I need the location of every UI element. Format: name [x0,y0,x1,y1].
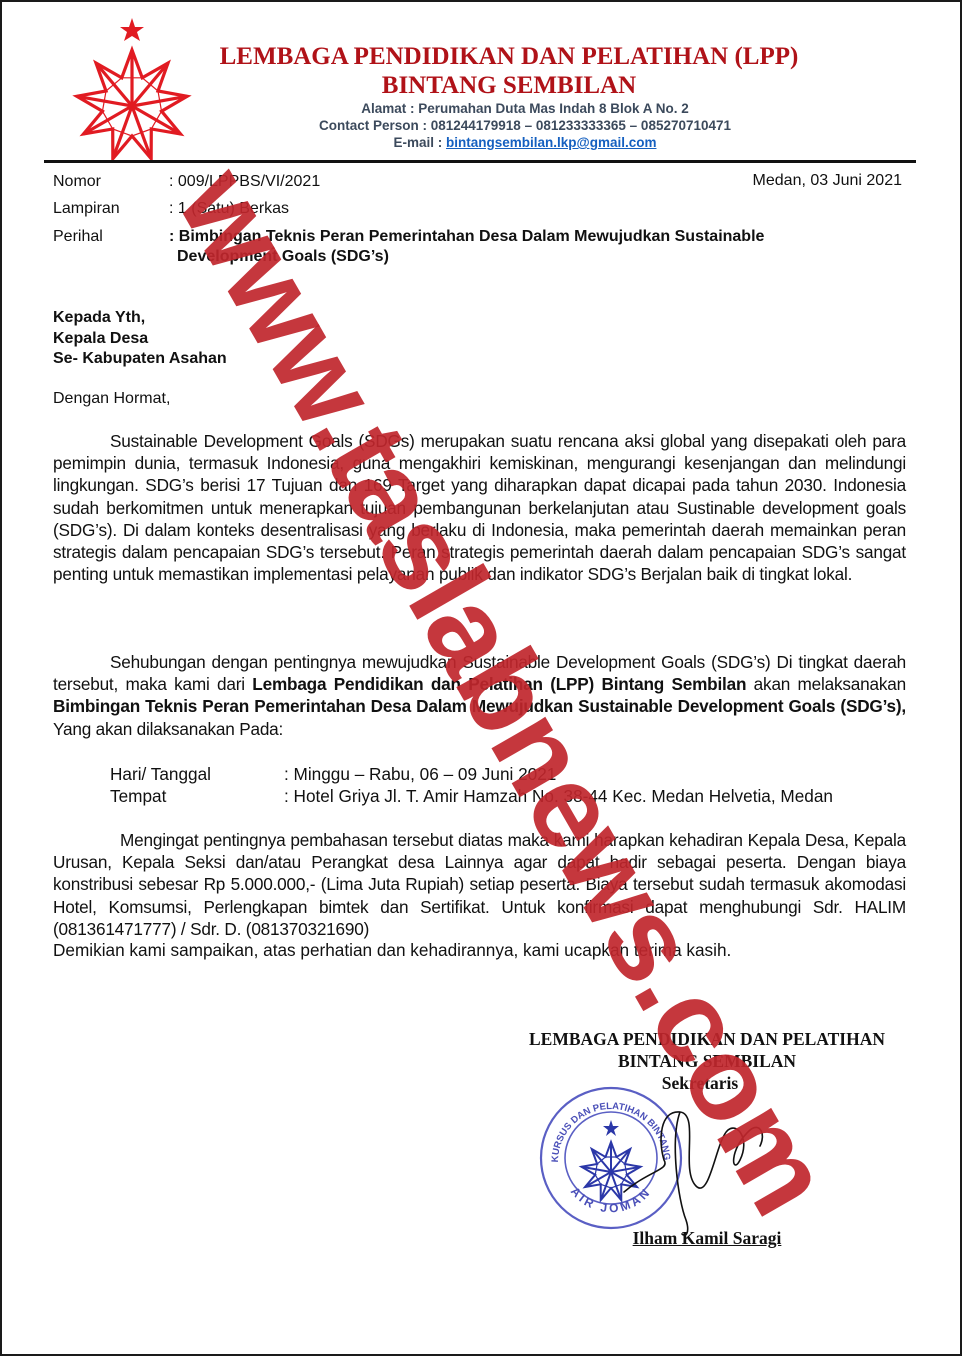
perihal-row: Perihal : Bimbingan Teknis Peran Pemerin… [53,227,913,269]
schedule-date-label: Hari/ Tanggal [110,763,211,785]
org-contact: Contact Person : 081244179918 – 08123333… [240,117,810,134]
lampiran-value: : 1 (Satu) Berkas [169,199,289,219]
closing-sentence: Demikian kami sampaikan, atas perhatian … [53,939,731,961]
perihal-value-line2: Development Goals (SDG’s) [177,247,389,267]
email-link[interactable]: bintangsembilan.lkp@gmail.com [446,135,656,150]
org-name-line2: BINTANG SEMBILAN [206,72,812,100]
org-email-line: E-mail : bintangsembilan.lkp@gmail.com [240,134,810,151]
nomor-row: Nomor : 009/LPPBS/VI/2021 [53,172,753,192]
schedule-date-value: : Minggu – Rabu, 06 – 09 Juni 2021 [284,763,556,785]
nomor-value: : 009/LPPBS/VI/2021 [169,172,320,192]
nomor-label: Nomor [53,172,101,192]
p2-text-2: akan melaksanakan [746,674,906,694]
lampiran-label: Lampiran [53,199,120,219]
schedule-row-date: Hari/ Tanggal : Minggu – Rabu, 06 – 09 J… [110,763,910,785]
p2-text-3: Yang akan dilaksanakan Pada: [53,719,283,739]
org-address: Alamat : Perumahan Duta Mas Indah 8 Blok… [240,100,810,117]
body-paragraph-2: Sehubungan dengan pentingnya mewujudkan … [53,651,906,740]
schedule-place-label: Tempat [110,785,166,807]
signatory-name: Ilham Kamil Saragi [560,1228,854,1249]
handwritten-signature-icon [620,1100,790,1240]
header-divider [44,160,916,163]
body-paragraph-3: Mengingat pentingnya pembahasan tersebut… [53,829,906,940]
p2-event-title: Bimbingan Teknis Peran Pemerintahan Desa… [53,696,906,716]
org-name-line1: LEMBAGA PENDIDIKAN DAN PELATIHAN (LPP) [206,43,812,71]
email-label: E-mail : [394,135,447,150]
greeting: Dengan Hormat, [53,390,170,408]
recipient-block: Kepada Yth, Kepala Desa Se- Kabupaten As… [53,308,227,370]
nine-point-star-logo-icon [64,14,200,164]
perihal-value-line1: : Bimbingan Teknis Peran Pemerintahan De… [169,227,764,247]
signature-org-line2: BINTANG SEMBILAN [500,1051,914,1072]
recipient-line2: Kepala Desa [53,329,227,350]
schedule-place-value: : Hotel Griya Jl. T. Amir Hamzah No. 38-… [284,785,833,807]
schedule-row-place: Tempat : Hotel Griya Jl. T. Amir Hamzah … [110,785,910,807]
body-paragraph-1: Sustainable Development Goals (SDGs) mer… [53,430,906,585]
signature-org-line1: LEMBAGA PENDIDIKAN DAN PELATIHAN [500,1029,914,1050]
place-date: Medan, 03 Juni 2021 [753,172,902,190]
recipient-line3: Se- Kabupaten Asahan [53,349,227,370]
recipient-line1: Kepada Yth, [53,308,227,329]
lampiran-row: Lampiran : 1 (Satu) Berkas [53,199,753,219]
p2-org-name: Lembaga Pendidikan dan Pelatihan (LPP) B… [252,674,746,694]
perihal-label: Perihal [53,227,103,247]
